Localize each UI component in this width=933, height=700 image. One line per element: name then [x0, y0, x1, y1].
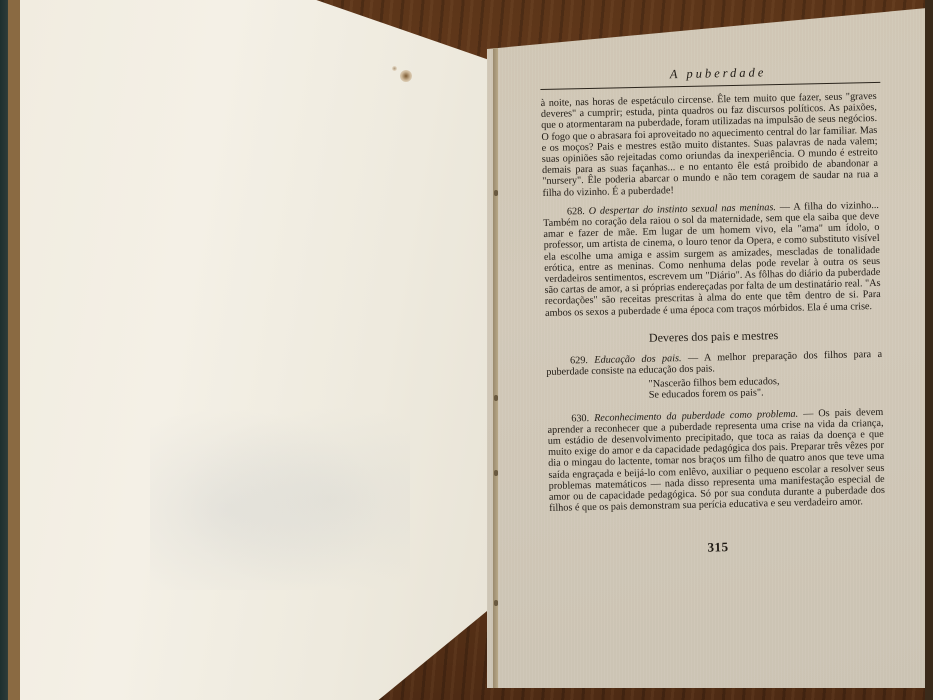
- paragraph-number: 628.: [567, 206, 585, 217]
- foxing-spot: [392, 66, 397, 71]
- paragraph-number: 629.: [570, 355, 588, 366]
- blank-left-page: [20, 0, 498, 700]
- verse-quote: "Nascerão filhos bem educados, Se educad…: [648, 374, 882, 401]
- paragraph-630: 630. Reconhecimento da puberdade como pr…: [547, 407, 885, 515]
- book-cover-edge-right: [925, 0, 933, 700]
- page-gutter: [493, 48, 498, 688]
- binding-stitch: [494, 190, 498, 196]
- paragraph-628: 628. O despertar do instinto sexual nas …: [543, 200, 881, 319]
- bleed-through-shadow: [150, 390, 410, 590]
- page-text-block: A puberdade à noite, nas horas de espetá…: [540, 63, 886, 558]
- paragraph-text: à noite, nas horas de espetáculo circens…: [541, 91, 879, 199]
- foxing-spot: [400, 70, 412, 82]
- binding-stitch: [494, 600, 498, 606]
- paragraph-continuation: à noite, nas horas de espetáculo circens…: [541, 91, 879, 199]
- paragraph-text: — A filha do vizinho... Também no coraçã…: [543, 200, 881, 319]
- binding-stitch: [494, 470, 498, 476]
- binding-stitch: [494, 395, 498, 401]
- paragraph-number: 630.: [571, 413, 589, 424]
- paragraph-629: 629. Educação dos pais. — A melhor prepa…: [546, 349, 882, 378]
- section-heading: Deveres dos pais e mestres: [546, 326, 882, 348]
